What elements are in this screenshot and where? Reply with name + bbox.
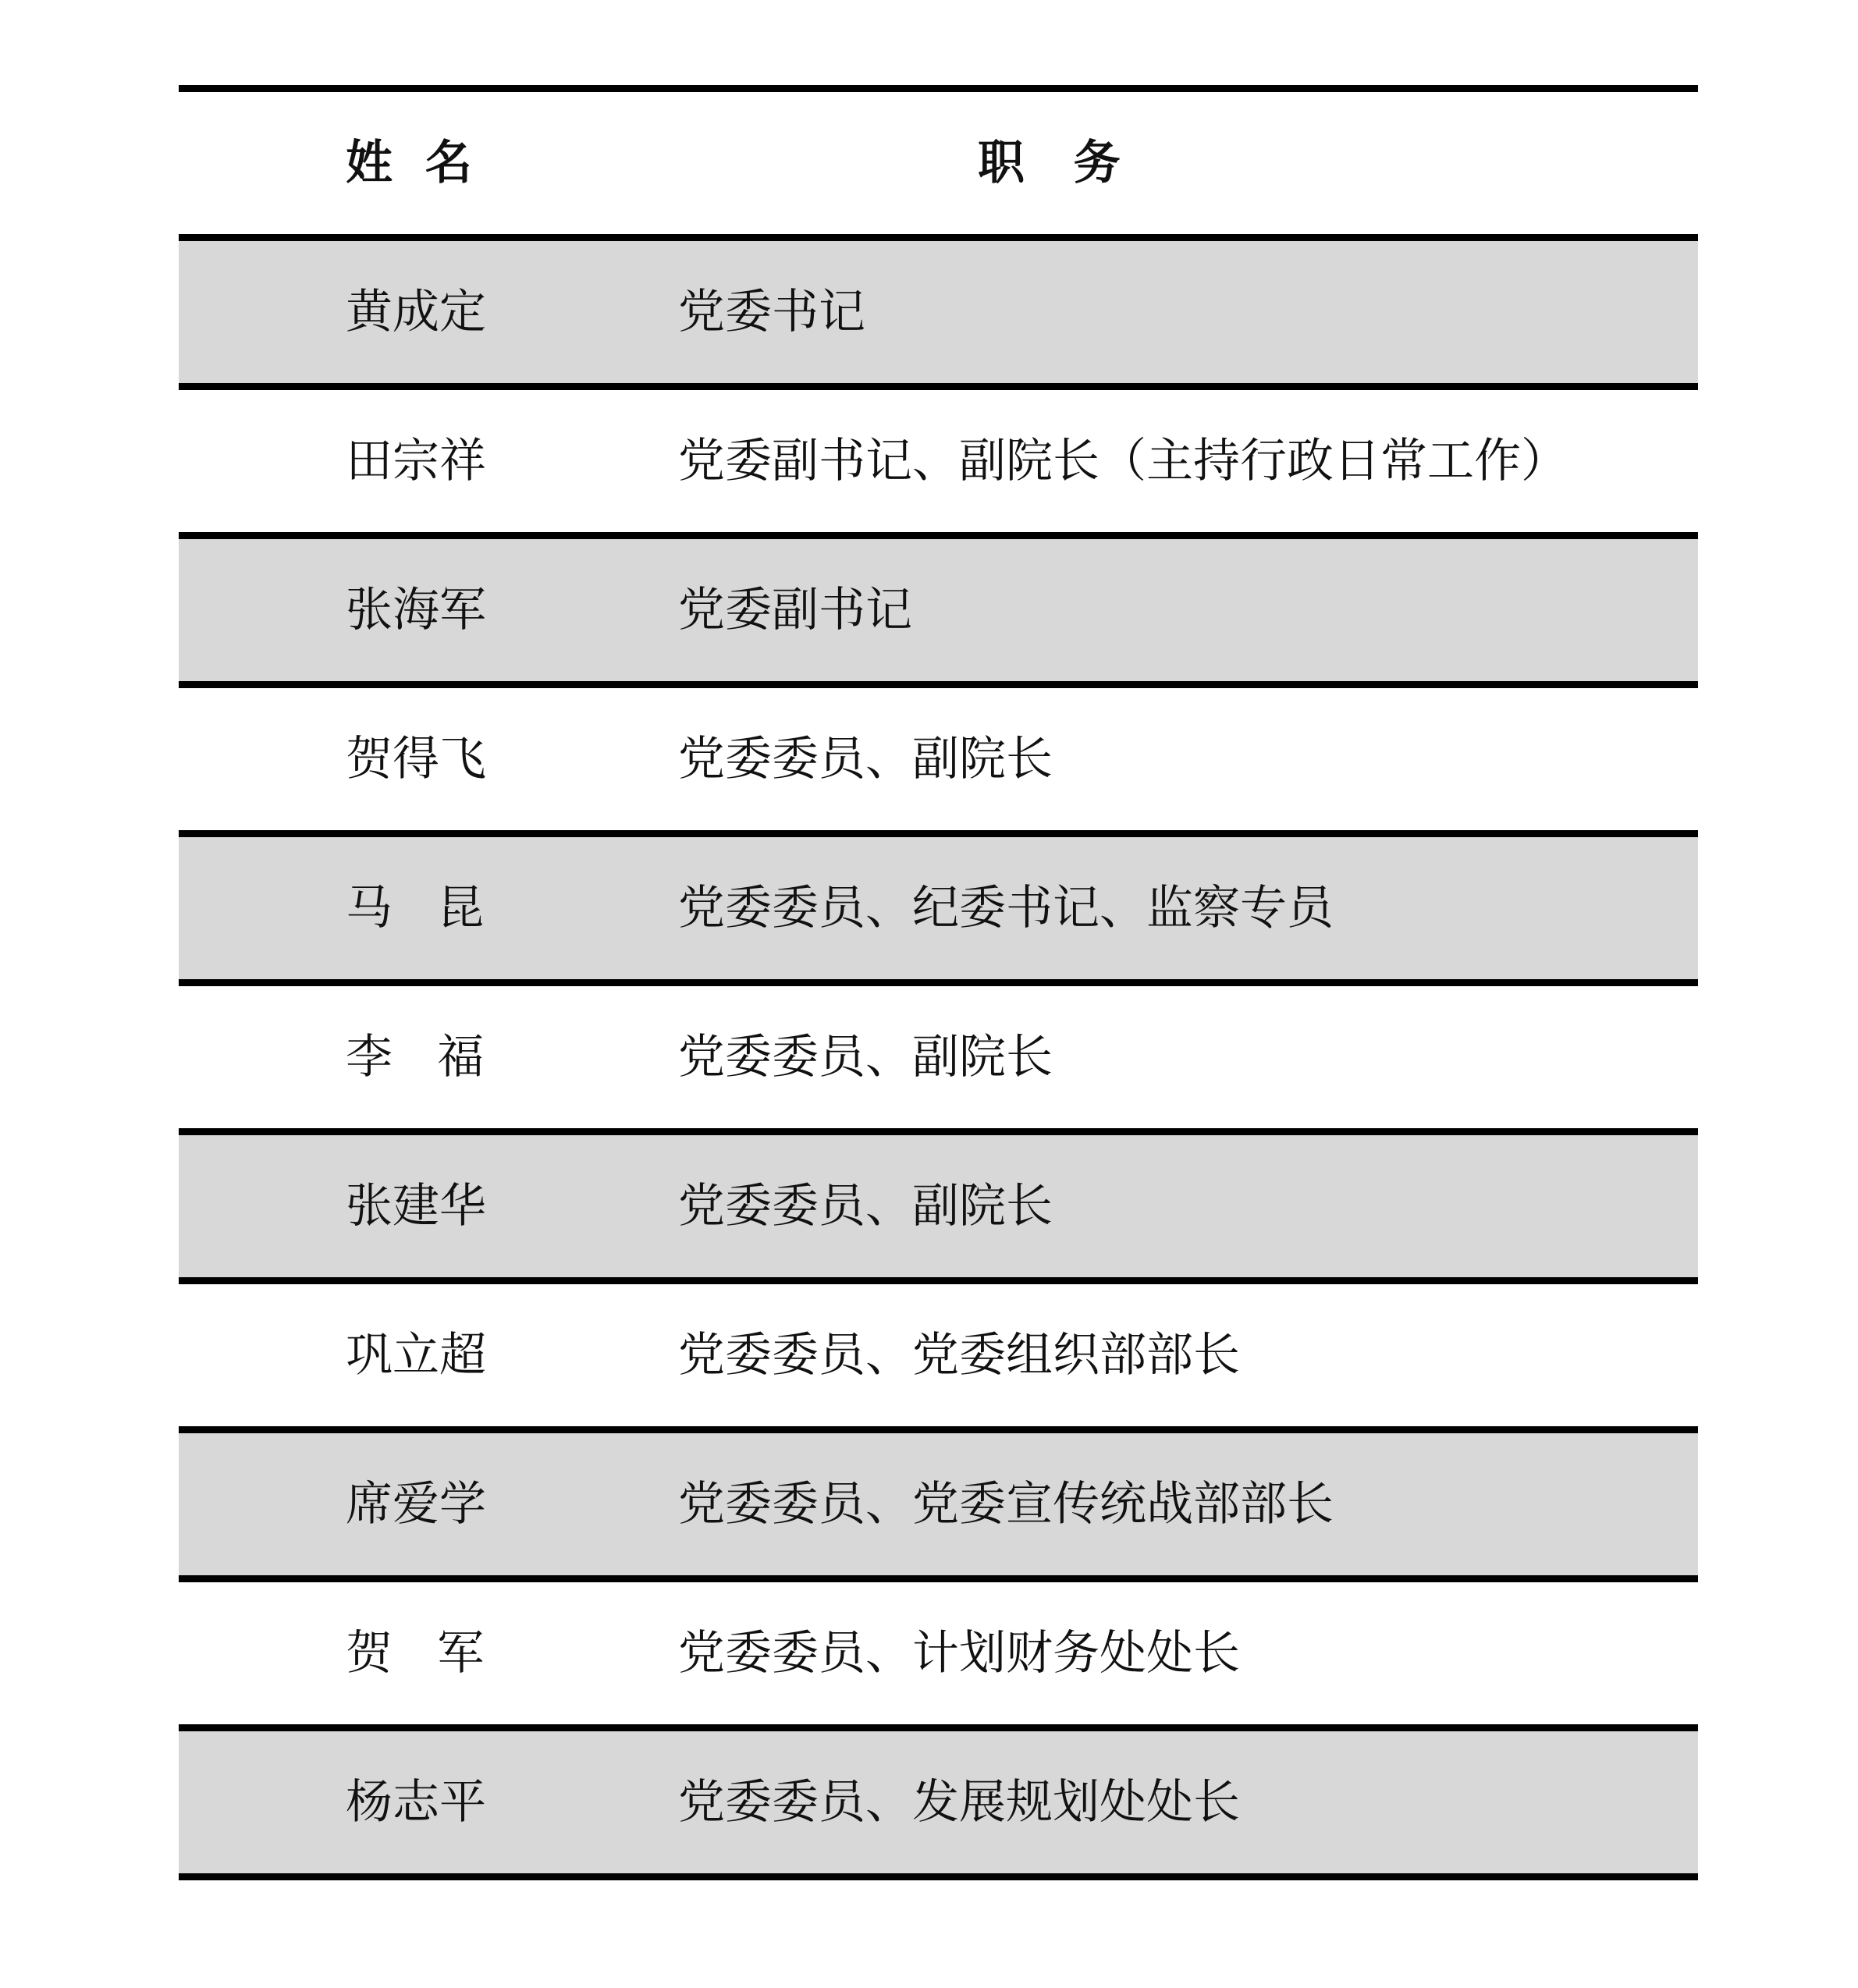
person-name: 李 福 [346,1034,484,1081]
person-name: 贺 军 [346,1630,484,1677]
row-divider [179,234,1698,241]
person-name: 杨志平 [346,1779,486,1826]
person-position: 党委委员、纪委书记、监察专员 [678,885,1334,932]
person-position: 党委委员、发展规划处处长 [678,1779,1240,1826]
row-divider [179,979,1698,986]
person-name: 张建华 [346,1183,486,1230]
row-divider [179,1724,1698,1731]
row-divider [179,532,1698,539]
row-divider [179,1426,1698,1433]
row-divider [179,681,1698,688]
person-position: 党委副书记 [678,587,912,634]
person-name: 黄成定 [346,289,486,335]
person-position: 党委委员、副院长 [678,1183,1053,1230]
person-name: 巩立超 [346,1332,486,1379]
person-name: 席爱学 [346,1481,486,1528]
table-row: 张海军 党委副书记 [179,539,1698,681]
table-row: 贺 军 党委委员、计划财务处处长 [179,1582,1698,1724]
person-position: 党委副书记、副院长（主持行政日常工作） [678,438,1568,485]
person-name: 张海军 [346,587,486,634]
table-bottom-rule [179,1873,1698,1880]
leadership-table: 姓 名 职 务 黄成定 党委书记 田宗祥 党委副书记、副院长（主持行政日常工作）… [179,85,1698,1880]
table-row: 杨志平 党委委员、发展规划处处长 [179,1731,1698,1873]
row-divider [179,1575,1698,1582]
person-position: 党委委员、副院长 [678,736,1053,783]
row-divider [179,383,1698,390]
table-row: 田宗祥 党委副书记、副院长（主持行政日常工作） [179,390,1698,532]
person-name: 马 昆 [346,885,484,932]
header-position: 职 务 [978,140,1121,186]
table-top-rule [179,85,1698,92]
table-row: 黄成定 党委书记 [179,241,1698,383]
table-row: 席爱学 党委委员、党委宣传统战部部长 [179,1433,1698,1575]
row-divider [179,1277,1698,1284]
person-position: 党委委员、计划财务处处长 [678,1630,1240,1677]
table-row: 巩立超 党委委员、党委组织部部长 [179,1284,1698,1426]
row-divider [179,1128,1698,1135]
table-row: 李 福 党委委员、副院长 [179,986,1698,1128]
person-name: 贺得飞 [346,736,486,783]
person-position: 党委委员、党委组织部部长 [678,1332,1240,1379]
person-name: 田宗祥 [346,438,486,485]
row-divider [179,830,1698,837]
table-row: 张建华 党委委员、副院长 [179,1135,1698,1277]
header-name: 姓 名 [346,140,472,186]
table-row: 贺得飞 党委委员、副院长 [179,688,1698,830]
table-header-row: 姓 名 职 务 [179,92,1698,234]
person-position: 党委委员、党委宣传统战部部长 [678,1481,1334,1528]
person-position: 党委委员、副院长 [678,1034,1053,1081]
person-position: 党委书记 [678,289,865,335]
table-row: 马 昆 党委委员、纪委书记、监察专员 [179,837,1698,979]
